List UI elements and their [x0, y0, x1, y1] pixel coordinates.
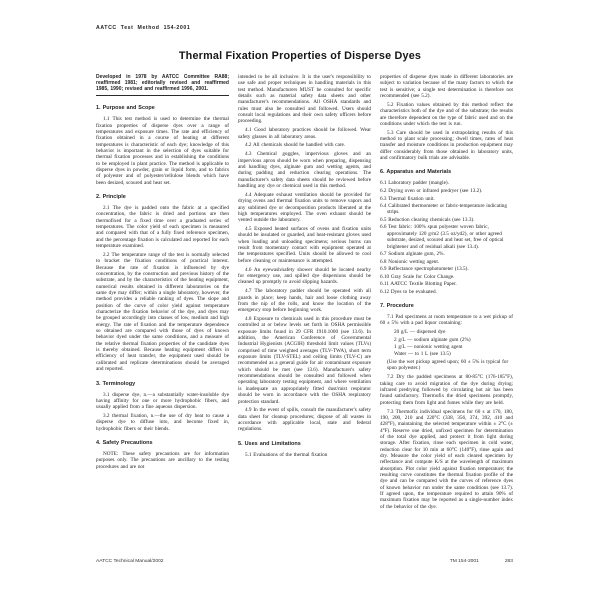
paragraph: 4.7 The laboratory padder should be oper…: [238, 288, 371, 313]
paragraph-continuation: intended to be all inclusive. It is the …: [238, 74, 371, 125]
paragraph: 4.2 All chemicals should be handled with…: [238, 142, 371, 148]
section-heading: 4. Safety Precautions: [96, 440, 229, 447]
list-item: 6.10 Gray Scale for Color Change.: [387, 274, 513, 280]
list-item: 6.12 Dyes to be evaluated.: [387, 289, 513, 295]
document-page: AATCC Test Method 154-2001 Thermal Fixat…: [0, 0, 600, 600]
paragraph: 5.2 Fixation values obtained by this met…: [380, 102, 513, 127]
footer-manual-name: AATCC Technical Manual/2002: [96, 559, 164, 564]
recipe-line: 1 g/L — nonionic wetting agent: [394, 344, 513, 350]
section-heading: 7. Procedure: [380, 303, 513, 310]
text-column-3: properties of disperse dyes made in diff…: [380, 74, 513, 557]
paragraph: 4.1 Good laboratory practices should be …: [238, 127, 371, 140]
paragraph: 1.1 This test method is used to determin…: [96, 116, 229, 186]
recipe-line: 20 g/L — dispersed dye: [394, 329, 513, 335]
document-reference: AATCC Test Method 154-2001: [96, 25, 190, 31]
section-heading: 2. Principle: [96, 194, 229, 201]
list-item: 6.8 Nonionic wetting agent.: [387, 259, 513, 265]
page-title: Thermal Fixation Properties of Disperse …: [0, 50, 600, 62]
text-column-1: Developed in 1978 by AATCC Committee RA8…: [96, 74, 229, 557]
list-item: 6.2 Drying oven or infrared predryer (se…: [387, 188, 513, 194]
list-item: 6.11 AATCC Textile Blotting Paper.: [387, 281, 513, 287]
footer-page-number: 283: [505, 559, 513, 564]
list-item: 6.1 Laboratory padder (mangle).: [387, 180, 513, 186]
footer-right-group: TM 154-2001 283: [450, 559, 513, 564]
page-footer: AATCC Technical Manual/2002 TM 154-2001 …: [96, 559, 513, 564]
section-heading: 3. Terminology: [96, 381, 229, 388]
paragraph: 4.5 Exposed heated surfaces of ovens and…: [238, 226, 371, 264]
list-item: 6.7 Sodium alginate gum, 2%.: [387, 251, 513, 257]
note-line: (Use the wet pickup agreed upon; 60 ± 5%…: [387, 359, 513, 372]
paragraph: 7.2 Dry the padded specimens at 80-85°C …: [380, 374, 513, 406]
paragraph: 2.1 The dye is padded onto the fabric at…: [96, 205, 229, 249]
paragraph: 4.8 Exposure to chemicals used in this p…: [238, 316, 371, 405]
list-item: 6.9 Reflectance spectrophotometer (13.5)…: [387, 266, 513, 272]
recipe-line: 2 g/L — sodium alginate gum (2%): [394, 337, 513, 343]
paragraph: 4.3 Chemical goggles, impervious gloves …: [238, 151, 371, 189]
list-item: 6.3 Thermal fixation unit.: [387, 196, 513, 202]
paragraph: 7.1 Pad specimens at room temperature to…: [380, 314, 513, 327]
paragraph: 4.4 Adequate exhaust ventilation should …: [238, 192, 371, 224]
list-item: 6.5 Reduction clearing chemicals (see 13…: [387, 217, 513, 223]
paragraph: 4.9 In the event of spills, consult the …: [238, 407, 371, 432]
foreword-rule: [96, 95, 229, 96]
paragraph-continuation: properties of disperse dyes made in diff…: [380, 74, 513, 99]
section-heading: 5. Uses and Limitations: [238, 441, 371, 448]
paragraph: 2.2 The temperature range of the test is…: [96, 252, 229, 373]
text-column-2: intended to be all inclusive. It is the …: [238, 74, 371, 557]
footer-doc-ref: TM 154-2001: [450, 559, 479, 564]
text-columns: Developed in 1978 by AATCC Committee RA8…: [96, 74, 513, 557]
paragraph: 7.3 Thermofix individual specimens for 6…: [380, 409, 513, 511]
list-item: 6.6 Test fabric: 100% spun polyester wov…: [387, 224, 513, 249]
paragraph: 5.3 Care should be used in extrapolating…: [380, 130, 513, 162]
section-heading: 6. Apparatus and Materials: [380, 169, 513, 176]
list-item: 6.4 Calibrated thermometer or fabric-tem…: [387, 203, 513, 216]
paragraph: NOTE: These safety precautions are for i…: [96, 451, 229, 470]
paragraph: 3.2 thermal fixation, n.—the use of dry …: [96, 413, 229, 432]
paragraph: 3.1 disperse dye, n.—a substantially wat…: [96, 392, 229, 411]
section-heading: 1. Purpose and Scope: [96, 105, 229, 112]
paragraph: 5.1 Evaluations of the thermal fixation: [238, 452, 371, 458]
recipe-line: Water — to 1 L (see 13.5): [394, 351, 513, 357]
foreword: Developed in 1978 by AATCC Committee RA8…: [96, 74, 229, 92]
paragraph: 4.6 An eyewash/safety shower should be l…: [238, 267, 371, 286]
